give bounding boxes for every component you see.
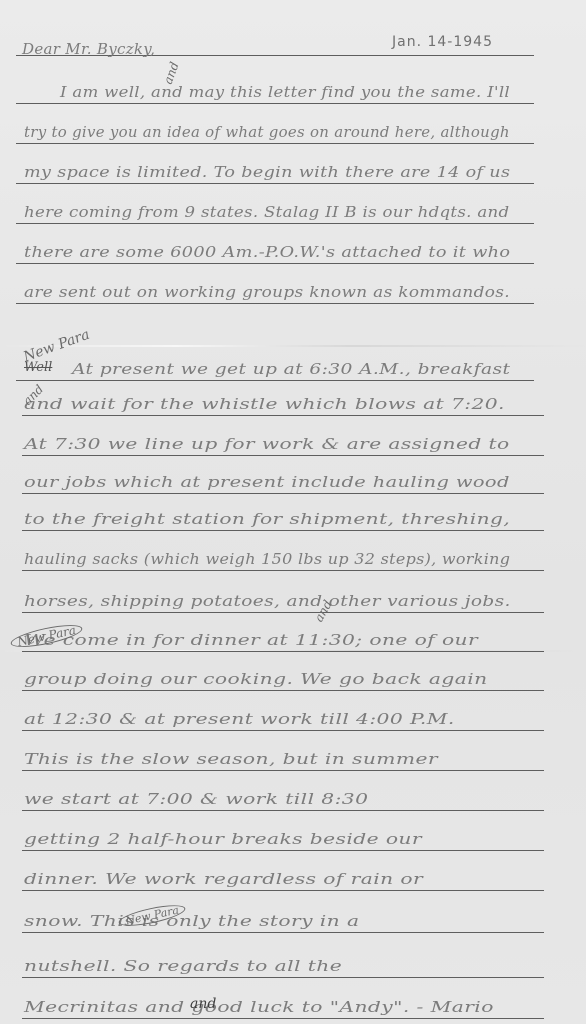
letter-line: group doing our cooking. We go back agai… (24, 670, 488, 688)
letter-line: At 7:30 we line up for work & are assign… (24, 435, 510, 453)
ruled-line (16, 263, 534, 264)
ruled-line (22, 530, 544, 531)
letter-line: I am well, and may this letter find you … (60, 83, 510, 101)
ruled-line (22, 1018, 544, 1019)
letter-line: to the freight station for shipment, thr… (24, 510, 510, 528)
ruled-line (22, 690, 544, 691)
ruled-line (16, 103, 534, 104)
salutation: Dear Mr. Byczky, (22, 40, 155, 58)
letter-date: Jan. 14-1945 (392, 34, 493, 50)
ruled-line (22, 651, 544, 652)
letter-line: at 12:30 & at present work till 4:00 P.M… (24, 710, 455, 728)
letter-line: We come in for dinner at 11:30; one of o… (24, 631, 478, 649)
paper-fold (0, 345, 586, 347)
letter-line: At present we get up at 6:30 A.M., break… (72, 360, 510, 378)
letter-line: nutshell. So regards to all the (24, 957, 342, 975)
ruled-line (16, 303, 534, 304)
letter-line: getting 2 half-hour breaks beside our (24, 830, 422, 848)
letter-line: snow. This is only the story in a (24, 912, 359, 930)
letter-line: and wait for the whistle which blows at … (24, 395, 505, 413)
ruled-line (22, 770, 544, 771)
letter-line: our jobs which at present include haulin… (24, 473, 510, 491)
ruled-line (22, 810, 544, 811)
letter-line: hauling sacks (which weigh 150 lbs up 32… (24, 550, 510, 568)
letter-line: are sent out on working groups known as … (24, 283, 510, 301)
ruled-line (22, 730, 544, 731)
ruled-line (22, 570, 544, 571)
letter-line: here coming from 9 states. Stalag II B i… (24, 203, 509, 221)
ruled-line (16, 380, 534, 381)
letter-line: there are some 6000 Am.-P.O.W.'s attache… (24, 243, 510, 261)
letter-page: Jan. 14-1945 Dear Mr. Byczky, I am well,… (0, 0, 586, 1024)
letter-line: my space is limited. To begin with there… (24, 163, 510, 181)
letter-line: Mecrinitas and good luck to "Andy". - Ma… (24, 998, 494, 1016)
ruled-line (22, 612, 544, 613)
ruled-line (22, 890, 544, 891)
ruled-line (22, 493, 544, 494)
struck-word: Well (24, 360, 52, 375)
letter-line: dinner. We work regardless of rain or (24, 870, 423, 888)
letter-line: horses, shipping potatoes, and other var… (24, 592, 511, 610)
ruled-line (22, 850, 544, 851)
ruled-line (22, 415, 544, 416)
ruled-line (22, 455, 544, 456)
ruled-line (22, 932, 544, 933)
letter-line: try to give you an idea of what goes on … (24, 123, 510, 141)
letter-line: we start at 7:00 & work till 8:30 (24, 790, 368, 808)
ruled-line (16, 143, 534, 144)
inserted-and: and (190, 996, 216, 1012)
ruled-line (16, 223, 534, 224)
ruled-line (16, 183, 534, 184)
letter-line: This is the slow season, but in summer (24, 750, 438, 768)
ruled-line (22, 977, 544, 978)
